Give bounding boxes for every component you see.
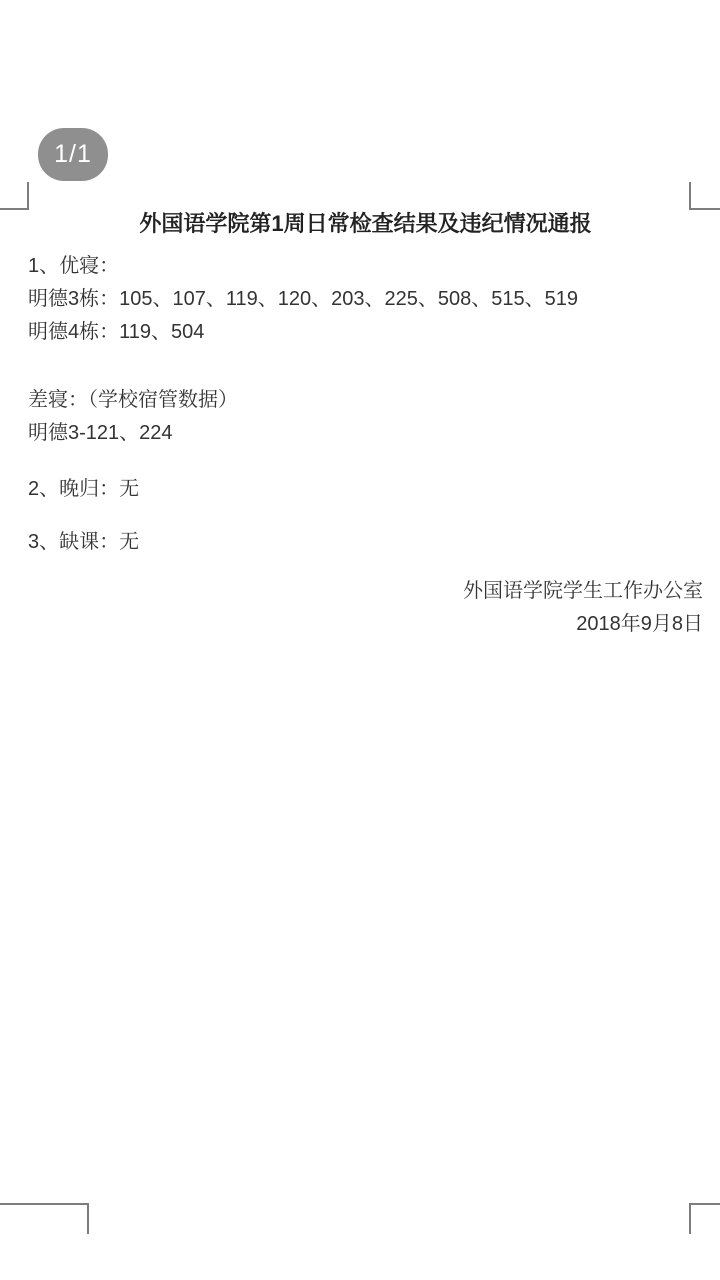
- doc-line-queke: 3、缺课：无: [28, 526, 703, 559]
- doc-line-chaqin-heading: 差寝：（学校宿管数据）: [28, 384, 703, 417]
- doc-line-youqin-heading: 1、优寝：: [28, 250, 703, 283]
- corner-mark-bottom-left: [0, 1203, 89, 1234]
- corner-mark-top-left: [0, 182, 29, 210]
- page-indicator-badge: 1/1: [38, 128, 108, 181]
- document-title: 外国语学院第1周日常检查结果及违纪情况通报: [28, 207, 703, 240]
- corner-mark-top-right: [689, 182, 720, 210]
- document-image: 外国语学院第1周日常检查结果及违纪情况通报 1、优寝： 明德3栋：105、107…: [28, 207, 703, 641]
- doc-line-chaqin-rooms: 明德3-121、224: [28, 417, 703, 450]
- doc-line-mingde3-rooms: 明德3栋：105、107、119、120、203、225、508、515、519: [28, 283, 703, 316]
- photo-viewer[interactable]: { "viewer": { "page_indicator": "1/1" },…: [0, 0, 720, 1280]
- corner-mark-bottom-right: [689, 1203, 720, 1234]
- doc-line-wangui: 2、晚归：无: [28, 473, 703, 506]
- doc-line-mingde4-rooms: 明德4栋：119、504: [28, 316, 703, 349]
- signature-org: 外国语学院学生工作办公室: [28, 575, 703, 608]
- signature-date: 2018年9月8日: [28, 608, 703, 641]
